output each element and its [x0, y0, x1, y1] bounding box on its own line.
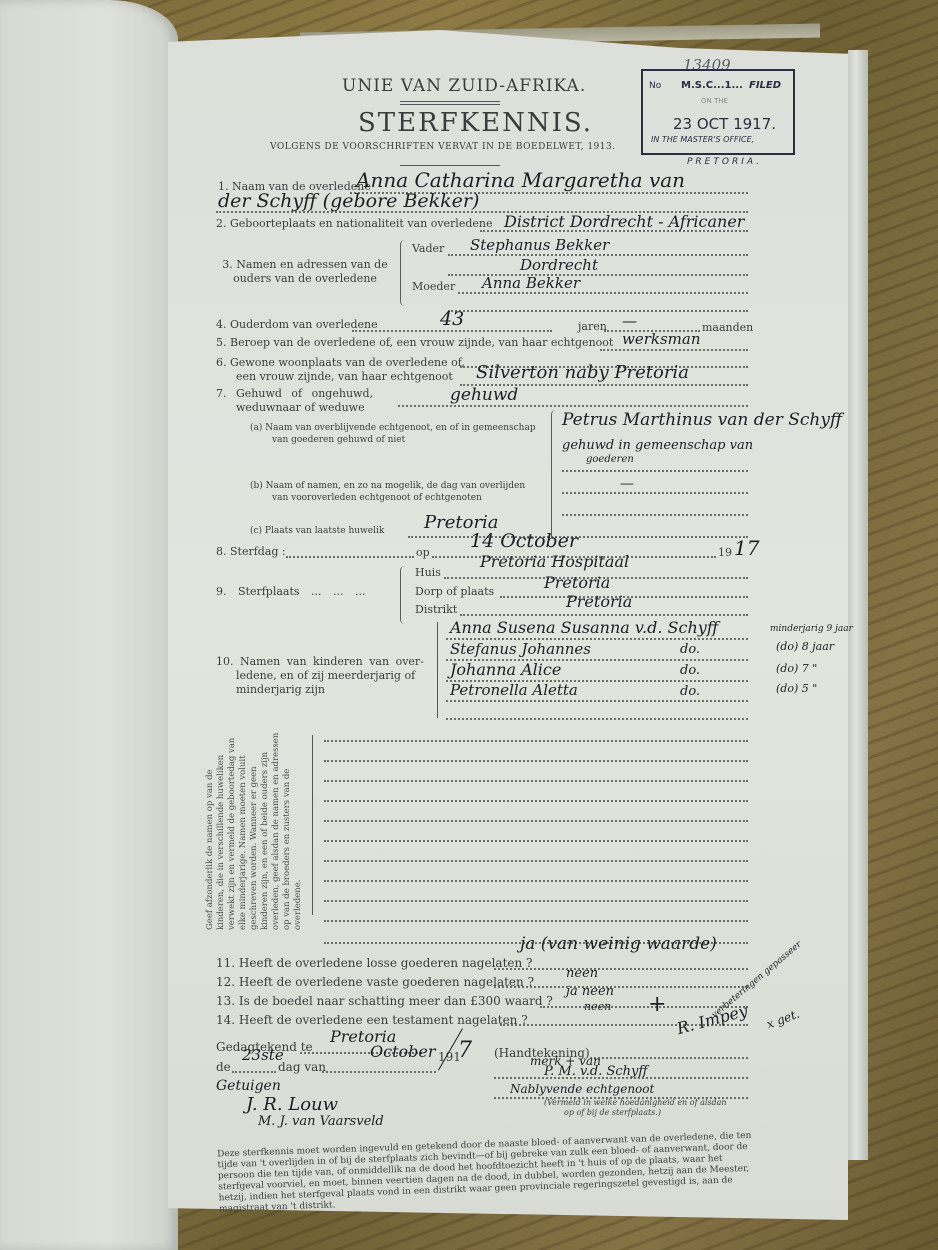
- vertical-instruction-note: Geef afzonderlik de namen op van de kind…: [205, 730, 305, 930]
- child-name[interactable]: Anna Susena Susanna v.d. Schyff: [450, 618, 718, 637]
- witness2-signature: M. J. van Vaarsveld: [258, 1114, 384, 1129]
- field6-value[interactable]: Silverton naby Pretoria: [476, 362, 689, 383]
- field3-extra-line: [448, 310, 748, 312]
- field13-value[interactable]: ja neen: [566, 984, 614, 999]
- blank-line: [324, 780, 748, 782]
- field8-label: 8. Sterfdag :: [216, 545, 286, 558]
- field11-value[interactable]: ja (van weinig waarde): [520, 934, 717, 954]
- field4-years-value[interactable]: 43: [440, 308, 464, 330]
- field4-months-label: maanden: [702, 321, 753, 334]
- month-value[interactable]: October: [370, 1042, 436, 1061]
- witness1-signature: J. R. Louw: [246, 1094, 338, 1115]
- field3-vader-value[interactable]: Stephanus Bekker: [470, 236, 609, 254]
- witness-label: Getuigen: [216, 1078, 281, 1094]
- field10-label-line2: ledene, en of zij meerderjarig of: [236, 669, 415, 682]
- child-name[interactable]: Petronella Aletta: [450, 681, 578, 699]
- field1-value-line2[interactable]: der Schyff (gebore Bekker): [218, 190, 479, 212]
- field9-brace: [400, 566, 409, 624]
- field8-value[interactable]: 14 October: [470, 530, 578, 552]
- blank-line: [324, 840, 748, 842]
- field7a-value-line3[interactable]: goederen: [586, 454, 634, 465]
- child-age[interactable]: (do) 7 ": [776, 662, 817, 675]
- child-status[interactable]: do.: [680, 642, 700, 657]
- field3-moeder-value[interactable]: Anna Bekker: [482, 274, 580, 292]
- field12-value[interactable]: neen: [566, 966, 598, 981]
- stamp-date: 23 OCT 1917.: [673, 115, 776, 133]
- stamp-no-label: No: [649, 81, 661, 91]
- field3-vader-label: Vader: [412, 242, 444, 255]
- stamp-city: PRETORIA.: [687, 157, 762, 167]
- day-line: [232, 1071, 276, 1073]
- field8-year-suffix[interactable]: 17: [734, 536, 759, 560]
- field4-months-value[interactable]: —: [622, 312, 637, 330]
- field9-huis-label: Huis: [415, 566, 441, 579]
- field3-address-value[interactable]: Dordrecht: [520, 256, 598, 274]
- child-age[interactable]: (do) 5 ": [776, 682, 817, 695]
- field10-label-line1: 10. Namen van kinderen van over-: [216, 655, 424, 668]
- stamp-filed: FILED: [749, 80, 781, 91]
- field7b-label-line2: van vooroverleden echtgenoot of echtgeno…: [272, 493, 482, 503]
- field7a-value-line2[interactable]: gehuwd in gemeenschap van: [562, 438, 753, 453]
- child-status[interactable]: do.: [680, 663, 700, 678]
- field7b-line2: [562, 514, 748, 516]
- child-name[interactable]: Stefanus Johannes: [450, 640, 591, 658]
- child-status[interactable]: minderjarig 9 jaar: [770, 624, 853, 634]
- field1-value-line1[interactable]: Anna Catharina Margaretha van: [356, 168, 685, 192]
- document-subtitle: VOLGENS DE VOORSCHRIFTEN VERVAT IN DE BO…: [270, 142, 616, 152]
- field9-distrikt-label: Distrikt: [415, 603, 457, 616]
- field7-label-line2: weduwnaar of weduwe: [236, 401, 365, 414]
- field5-label: 5. Beroep van de overledene of, een vrou…: [216, 336, 613, 349]
- field7b-value[interactable]: —: [620, 476, 634, 492]
- field7c-line: [408, 536, 748, 538]
- blank-line: [324, 740, 748, 742]
- blank-line: [324, 880, 748, 882]
- child-age[interactable]: (do) 8 jaar: [776, 640, 834, 653]
- blank-section-bar: [312, 735, 313, 915]
- field4-years-line: [352, 330, 552, 332]
- field3-label: 3. Namen en adressen van de ouders van d…: [215, 258, 395, 286]
- page-stack-edge: [848, 50, 868, 1160]
- subtitle-rule: [400, 165, 500, 166]
- field9-dorp-label: Dorp of plaats: [415, 585, 494, 598]
- field7b-label-line1: (b) Naam of namen, en zo na mogelik, de …: [250, 481, 525, 491]
- year-suffix[interactable]: 7: [458, 1038, 472, 1063]
- field7c-label: (c) Plaats van laatste huwelik: [250, 526, 384, 536]
- field6-label-line1: 6. Gewone woonplaats van de overledene o…: [216, 356, 465, 369]
- cross-mark: +: [648, 992, 666, 1017]
- blank-line: [324, 920, 748, 922]
- capacity-note-line1: (Vermeld in welke hoedanigheid en of als…: [544, 1098, 727, 1107]
- field3-moeder-line: [458, 292, 748, 294]
- field14-label: 14. Heeft de overledene een testament na…: [216, 1013, 528, 1027]
- field9-huis-value[interactable]: Pretoria Hospitaal: [480, 552, 629, 571]
- field4-years-label: jaren: [578, 320, 607, 333]
- child-empty-line: [446, 718, 748, 720]
- filed-stamp: No M.S.C...1... FILED ON THE 23 OCT 1917…: [641, 69, 795, 155]
- stamp-ref: M.S.C...1...: [681, 80, 743, 91]
- signature-line2[interactable]: P. M. v.d. Schyff: [544, 1064, 648, 1079]
- field8-op: op: [416, 546, 430, 559]
- field8-pre-line: [286, 556, 414, 558]
- field8-year-prefix: 19: [718, 546, 732, 559]
- field2-label: 2. Geboorteplaats en nationaliteit van o…: [216, 217, 492, 230]
- de-label: de: [216, 1060, 231, 1074]
- blank-line: [324, 860, 748, 862]
- field7-label-line1: 7. Gehuwd of ongehuwd,: [216, 387, 373, 400]
- field11-line: [494, 968, 748, 970]
- signature-line3[interactable]: Nablyvende echtgenoot: [510, 1082, 654, 1096]
- field7-brace: [551, 410, 560, 540]
- field2-value[interactable]: District Dordrecht - Africaner: [504, 212, 744, 231]
- handtekening-line: [590, 1057, 748, 1059]
- dag-van-label: dag van: [278, 1060, 326, 1074]
- document-title: STERFKENNIS.: [358, 108, 593, 138]
- field3-moeder-label: Moeder: [412, 280, 455, 293]
- stamp-office: IN THE MASTER'S OFFICE,: [651, 135, 754, 144]
- field14-value[interactable]: neen: [584, 1000, 611, 1013]
- field9-distrikt-value[interactable]: Pretoria: [566, 592, 632, 611]
- field5-value[interactable]: werksman: [622, 330, 701, 348]
- blank-line: [324, 820, 748, 822]
- field3-brace: [400, 240, 409, 306]
- blank-line: [324, 900, 748, 902]
- field7a-line: [562, 470, 748, 472]
- capacity-note-line2: op of bij de sterfplaats.): [564, 1108, 661, 1117]
- field12-line: [494, 986, 748, 988]
- left-blank-page: [0, 0, 178, 1250]
- heading-rule: [400, 101, 500, 105]
- field10-bar: [437, 622, 438, 718]
- blank-line: [324, 760, 748, 762]
- child-line: [446, 700, 748, 702]
- field9-distrikt-line: [460, 614, 748, 616]
- field11-label: 11. Heeft de overledene losse goederen n…: [216, 956, 532, 970]
- field7b-line1: [562, 492, 748, 494]
- field7a-label-line2: van goederen gehuwd of niet: [272, 435, 405, 445]
- field7a-label-line1: (a) Naam van overblijvende echtgenoot, e…: [250, 423, 536, 433]
- blank-line: [324, 800, 748, 802]
- field10-label-line3: minderjarig zijn: [236, 683, 325, 696]
- field3-vader-line: [448, 254, 748, 256]
- child-name[interactable]: Johanna Alice: [450, 660, 561, 679]
- child-status[interactable]: do.: [680, 684, 700, 699]
- field7-value[interactable]: gehuwd: [450, 385, 518, 405]
- month-line: [322, 1071, 436, 1073]
- field12-label: 12. Heeft de overledene vaste goederen n…: [216, 975, 534, 989]
- union-heading: UNIE VAN ZUID-AFRIKA.: [342, 76, 586, 96]
- field7-line: [398, 405, 748, 407]
- field5-line: [600, 349, 748, 351]
- field7a-value-line1[interactable]: Petrus Marthinus van der Schyff: [562, 410, 842, 430]
- stamp-on-the: ON THE: [701, 97, 728, 105]
- field6-label-line2: een vrouw zijnde, van haar echtgenoot: [236, 370, 453, 383]
- field13-label: 13. Is de boedel naar schatting meer dan…: [216, 994, 553, 1008]
- field9-label: 9. Sterfplaats ... ... ...: [216, 585, 366, 598]
- field9-dorp-value[interactable]: Pretoria: [544, 573, 610, 592]
